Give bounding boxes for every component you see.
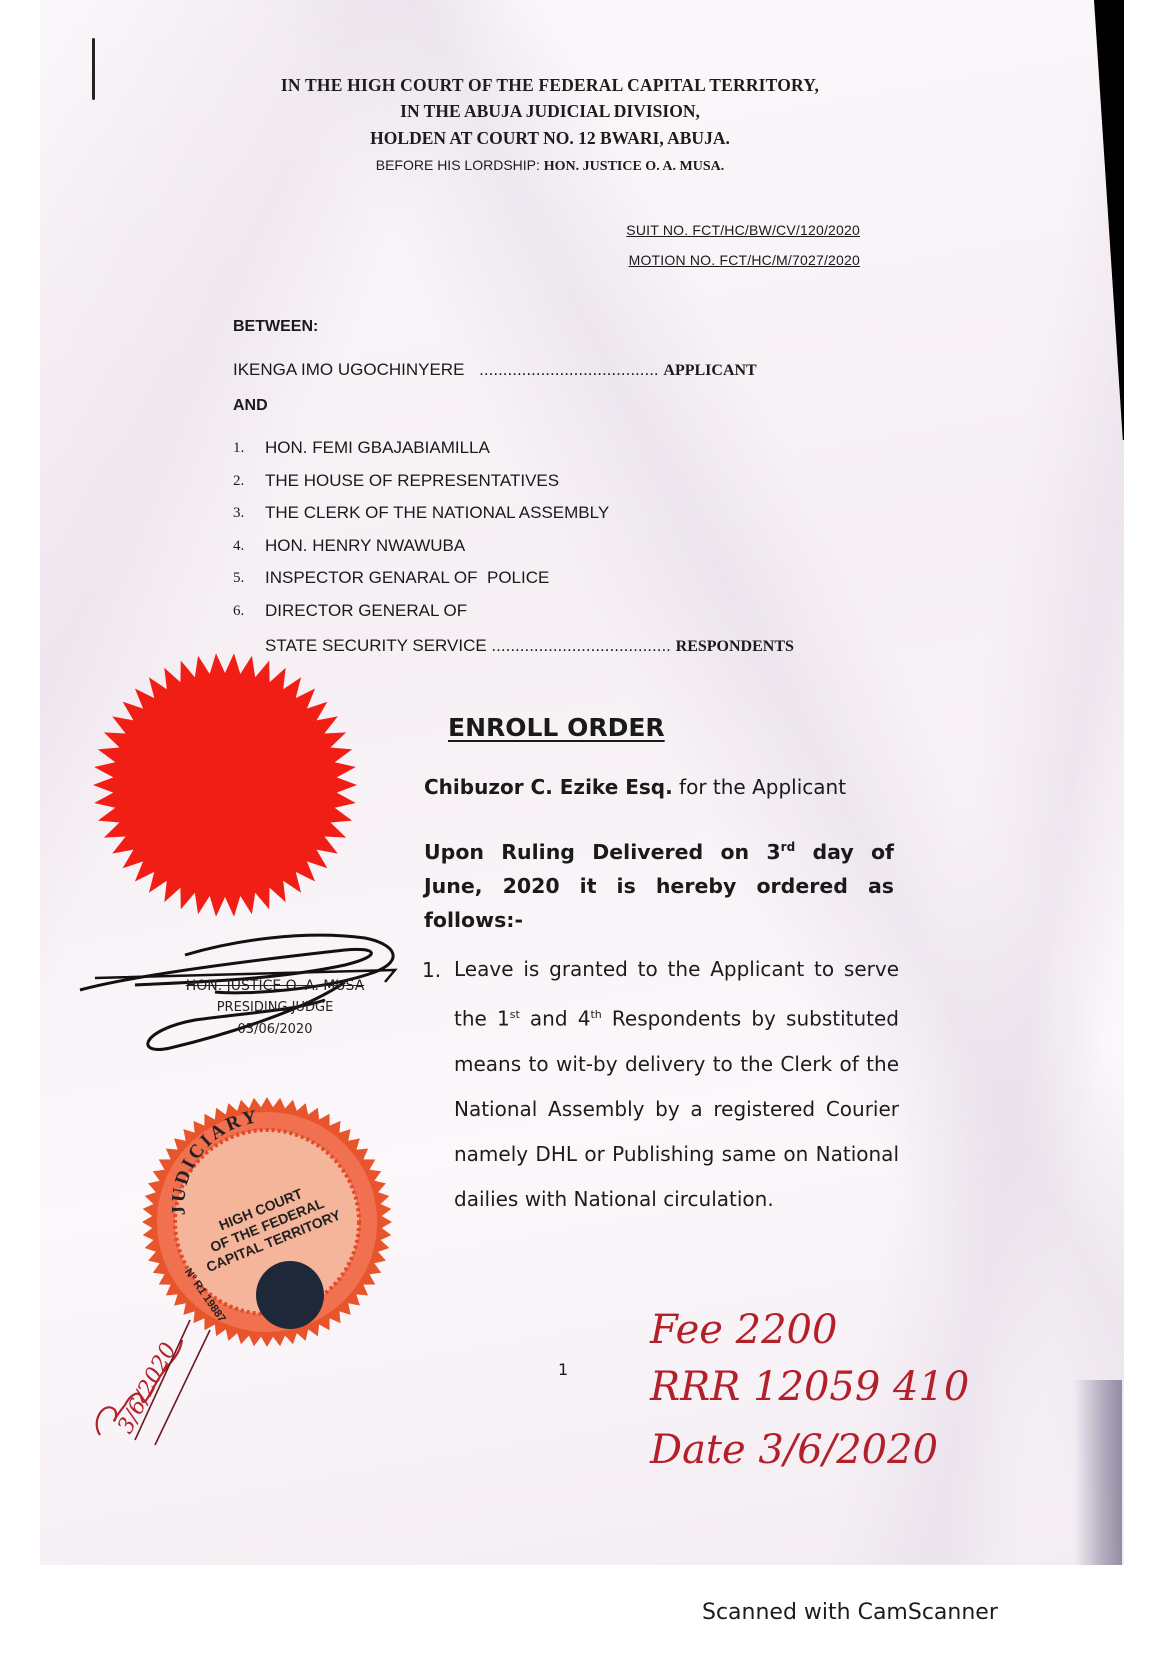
leader-dots: ...................................... (479, 360, 658, 379)
margin-mark (92, 38, 95, 100)
order-item-text: Leave is granted to the Applicant to ser… (454, 947, 899, 1222)
judge-signature-name: HON. JUSTICE O. A. MUSA (150, 975, 400, 997)
case-numbers: SUIT NO. FCT/HC/BW/CV/120/2020 MOTION NO… (570, 215, 860, 275)
signature-block: HON. JUSTICE O. A. MUSA PRESIDING JUDGE … (150, 975, 400, 1041)
order-items: 1. Leave is granted to the Applicant to … (422, 958, 902, 1222)
respondents-role: RESPONDENTS (676, 638, 794, 655)
judge-name: HON. JUSTICE O. A. MUSA. (544, 159, 724, 174)
counsel-suffix: for the Applicant (673, 775, 846, 799)
handwritten-rrr: RRR 12059 410 (649, 1364, 969, 1410)
respondent-item: 4.HON. HENRY NWAWUBA (233, 530, 873, 563)
court-division: IN THE ABUJA JUDICIAL DIVISION, (240, 98, 860, 125)
court-header: IN THE HIGH COURT OF THE FEDERAL CAPITAL… (240, 72, 860, 180)
court-name: IN THE HIGH COURT OF THE FEDERAL CAPITAL… (240, 72, 860, 98)
handwritten-date: Date 3/6/2020 (649, 1427, 938, 1473)
suit-number: SUIT NO. FCT/HC/BW/CV/120/2020 (570, 215, 860, 245)
before-label: BEFORE HIS LORDSHIP: (376, 157, 544, 173)
between-label: BETWEEN: (233, 318, 318, 336)
order-item: 1. Leave is granted to the Applicant to … (422, 958, 902, 1222)
respondent-item: 3.THE CLERK OF THE NATIONAL ASSEMBLY (233, 497, 873, 530)
page-number: 1 (558, 1360, 568, 1379)
handwritten-left-date: 3/6/2020 (113, 1339, 181, 1438)
respondent-item: 5.INSPECTOR GENARAL OF POLICE (233, 562, 873, 595)
scanner-watermark: Scanned with CamScanner (702, 1600, 998, 1625)
judge-title: PRESIDING JUDGE (150, 997, 400, 1019)
applicant-role: APPLICANT (663, 362, 756, 379)
respondent-item: 2.THE HOUSE OF REPRESENTATIVES (233, 465, 873, 498)
and-label: AND (233, 397, 268, 415)
counsel-name: Chibuzor C. Ezike Esq. (424, 775, 673, 799)
document-title: ENROLL ORDER (448, 713, 665, 742)
red-seal-sticker (90, 650, 360, 920)
respondents-list: 1.HON. FEMI GBAJABIAMILLA 2.THE HOUSE OF… (233, 432, 873, 627)
leader-dots: ...................................... (491, 636, 670, 655)
applicant-name: IKENGA IMO UGOCHINYERE (233, 360, 464, 379)
handwritten-initials: 3/6/2020 (70, 1300, 240, 1450)
presiding-judge-line: BEFORE HIS LORDSHIP: HON. JUSTICE O. A. … (240, 152, 860, 180)
respondent-item: 6.DIRECTOR GENERAL OF (233, 595, 873, 628)
signature-date: 03/06/2020 (150, 1019, 400, 1041)
ruling-statement: Upon Ruling Delivered on 3rd day of June… (424, 830, 894, 937)
respondent-item: 1.HON. FEMI GBAJABIAMILLA (233, 432, 873, 465)
court-location: HOLDEN AT COURT NO. 12 BWARI, ABUJA. (240, 125, 860, 152)
handwritten-fee: Fee 2200 (649, 1307, 837, 1353)
motion-number: MOTION NO. FCT/HC/M/7027/2020 (570, 245, 860, 275)
handwritten-fee-note: Fee 2200 RRR 12059 410 Date 3/6/2020 (640, 1295, 1110, 1480)
counsel-line: Chibuzor C. Ezike Esq. for the Applicant (424, 775, 846, 799)
applicant-row: IKENGA IMO UGOCHINYERE .................… (233, 360, 853, 380)
